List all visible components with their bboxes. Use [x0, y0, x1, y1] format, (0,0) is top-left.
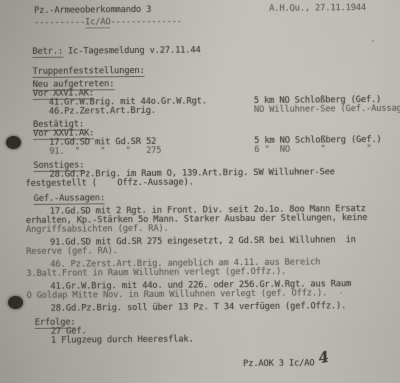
unit-entry: 46.Pz.Zerst.Art.Brig.NO Willuhner-See (G…: [49, 105, 400, 117]
entry-unit: 46.Pz.Zerst.Art.Brig.: [49, 106, 254, 117]
pow-paragraph: 28.Gd.Pz.Brig. soll über 13 Pz. T 34 ver…: [27, 302, 400, 314]
paragraph-line: O Goldap Mitte Nov. in Raum Willuhnen ve…: [26, 289, 400, 301]
success-line: 1 Flugzeug durch Heeresflak.: [27, 334, 400, 346]
subject-label: Betr.:: [32, 47, 63, 58]
document-body: Pz.-Armeeoberkommando 3 A.H.Qu., 27.11.1…: [0, 0, 400, 383]
unit-entry-ditto: 91. " " " 2756 " NO " ": [49, 145, 400, 157]
paragraph-line: Angriffsabsichten (gef. RA).: [26, 223, 400, 235]
section-heading-truppenfeststellungen: Truppenfeststellungen:: [33, 65, 400, 77]
scanned-document-page: Pz.-Armeeoberkommando 3 A.H.Qu., 27.11.1…: [0, 0, 400, 383]
footer-signature: Pz.AOK 3 Ic/AO: [243, 358, 314, 369]
paragraph-line: 3.Balt.Front in Raum Willuhnen verlegt (…: [26, 267, 400, 279]
paragraph-line: 28.Gd.Pz.Brig. soll über 13 Pz. T 34 ver…: [27, 302, 400, 314]
document-header: Pz.-Armeeoberkommando 3 A.H.Qu., 27.11.1…: [34, 4, 400, 16]
pow-paragraph: 91.Gd.SD mit Gd.SR 275 eingesetzt, 2 Gd.…: [26, 236, 400, 257]
dateline: A.H.Qu., 27.11.1944: [269, 4, 366, 14]
handwritten-mark: 4: [318, 353, 330, 364]
subject-line: Betr.: Ic-Tagesmeldung v.27.11.44: [32, 45, 400, 57]
unit-title: Pz.-Armeeoberkommando 3: [34, 6, 151, 16]
dept-dashes-right: --------------: [111, 17, 182, 28]
dept-dashes-left: ----------: [34, 17, 85, 27]
entry-unit: 91. " " " 275: [49, 146, 254, 157]
pow-paragraph: 46. Pz.Zerst.Art.Brig. angeblich am 4.11…: [26, 258, 400, 279]
subject-text: Ic-Tagesmeldung v.27.11.44: [63, 45, 201, 56]
section-heading-gef-aussagen: Gef.-Aussagen:: [34, 192, 400, 204]
department-line: ----------Ic/AO--------------: [34, 16, 400, 28]
dept-code: Ic/AO: [85, 17, 111, 28]
pow-paragraph: 17.Gd.SD mit 2 Rgt. in Front. Div. seit …: [26, 205, 400, 235]
pow-paragraph: 41.Gr.W.Brig. mit 44o. und 226. oder 256…: [26, 280, 400, 301]
paragraph-line: Reserve (gef. RA).: [26, 245, 400, 257]
footer-signature-block: Pz.AOK 3 Ic/AO4: [243, 356, 400, 369]
entry-location: 6 " NO " ": [254, 144, 371, 155]
entry-location: NO Willuhner-See (Gef.-Aussage): [254, 104, 400, 115]
other-line: festgestellt ( Offz.-Aussage).: [25, 177, 400, 189]
